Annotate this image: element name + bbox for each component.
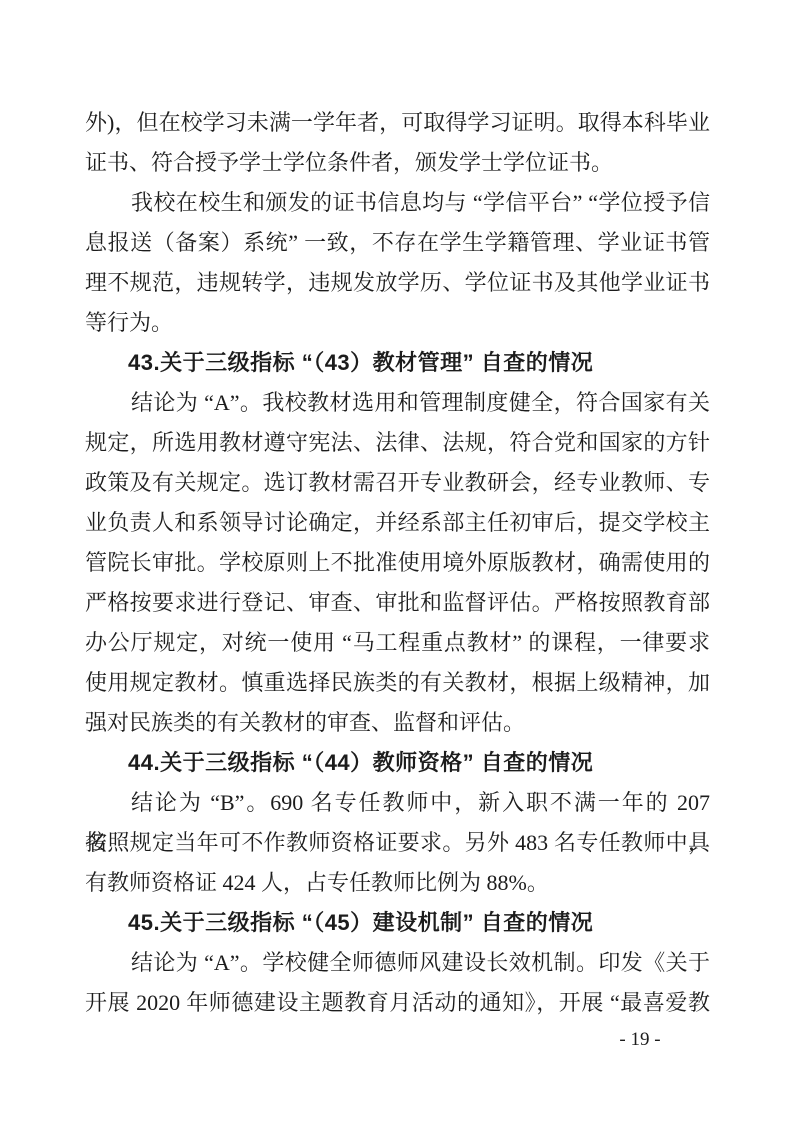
text-line: 使用规定教材。慎重选择民族类的有关教材，根据上级精神，加 (85, 663, 710, 703)
document-page: 外)，但在校学习未满一学年者，可取得学习证明。取得本科毕业证书、符合授予学士学位… (0, 0, 793, 1122)
text-line: 理不规范，违规转学，违规发放学历、学位证书及其他学业证书 (85, 263, 710, 303)
text-line: 严格按要求进行登记、审查、审批和监督评估。严格按照教育部 (85, 583, 710, 623)
section-heading: 43.关于三级指标 “（43）教材管理” 自查的情况 (85, 343, 710, 383)
text-line: 等行为。 (85, 303, 710, 343)
text-line: 证书、符合授予学士学位条件者，颁发学士学位证书。 (85, 143, 710, 183)
text-line: 规定，所选用教材遵守宪法、法律、法规，符合党和国家的方针 (85, 423, 710, 463)
text-line: 外)，但在校学习未满一学年者，可取得学习证明。取得本科毕业 (85, 103, 710, 143)
text-line: 按照规定当年可不作教师资格证要求。另外 483 名专任教师中具 (85, 823, 710, 863)
text-line: 强对民族类的有关教材的审查、监督和评估。 (85, 703, 710, 743)
text-line: 结论为 “B”。690 名专任教师中，新入职不满一年的 207 名， (85, 783, 710, 823)
text-lines: 外)，但在校学习未满一学年者，可取得学习证明。取得本科毕业证书、符合授予学士学位… (85, 103, 710, 1023)
text-line: 管院长审批。学校原则上不批准使用境外原版教材，确需使用的 (85, 543, 710, 583)
text-line: 结论为 “A”。学校健全师德师风建设长效机制。印发《关于 (85, 943, 710, 983)
text-line: 业负责人和系领导讨论确定，并经系部主任初审后，提交学校主 (85, 503, 710, 543)
section-heading: 44.关于三级指标 “（44）教师资格” 自查的情况 (85, 743, 710, 783)
text-line: 结论为 “A”。我校教材选用和管理制度健全，符合国家有关 (85, 383, 710, 423)
page-number: - 19 - (600, 1028, 680, 1052)
section-heading: 45.关于三级指标 “（45）建设机制” 自查的情况 (85, 903, 710, 943)
text-line: 我校在校生和颁发的证书信息均与 “学信平台” “学位授予信 (85, 183, 710, 223)
text-line: 息报送（备案）系统” 一致，不存在学生学籍管理、学业证书管 (85, 223, 710, 263)
text-line: 开展 2020 年师德建设主题教育月活动的通知》，开展 “最喜爱教 (85, 983, 710, 1023)
text-line: 办公厅规定，对统一使用 “马工程重点教材” 的课程，一律要求 (85, 623, 710, 663)
text-line: 政策及有关规定。选订教材需召开专业教研会，经专业教师、专 (85, 463, 710, 503)
text-line: 有教师资格证 424 人，占专任教师比例为 88%。 (85, 863, 710, 903)
